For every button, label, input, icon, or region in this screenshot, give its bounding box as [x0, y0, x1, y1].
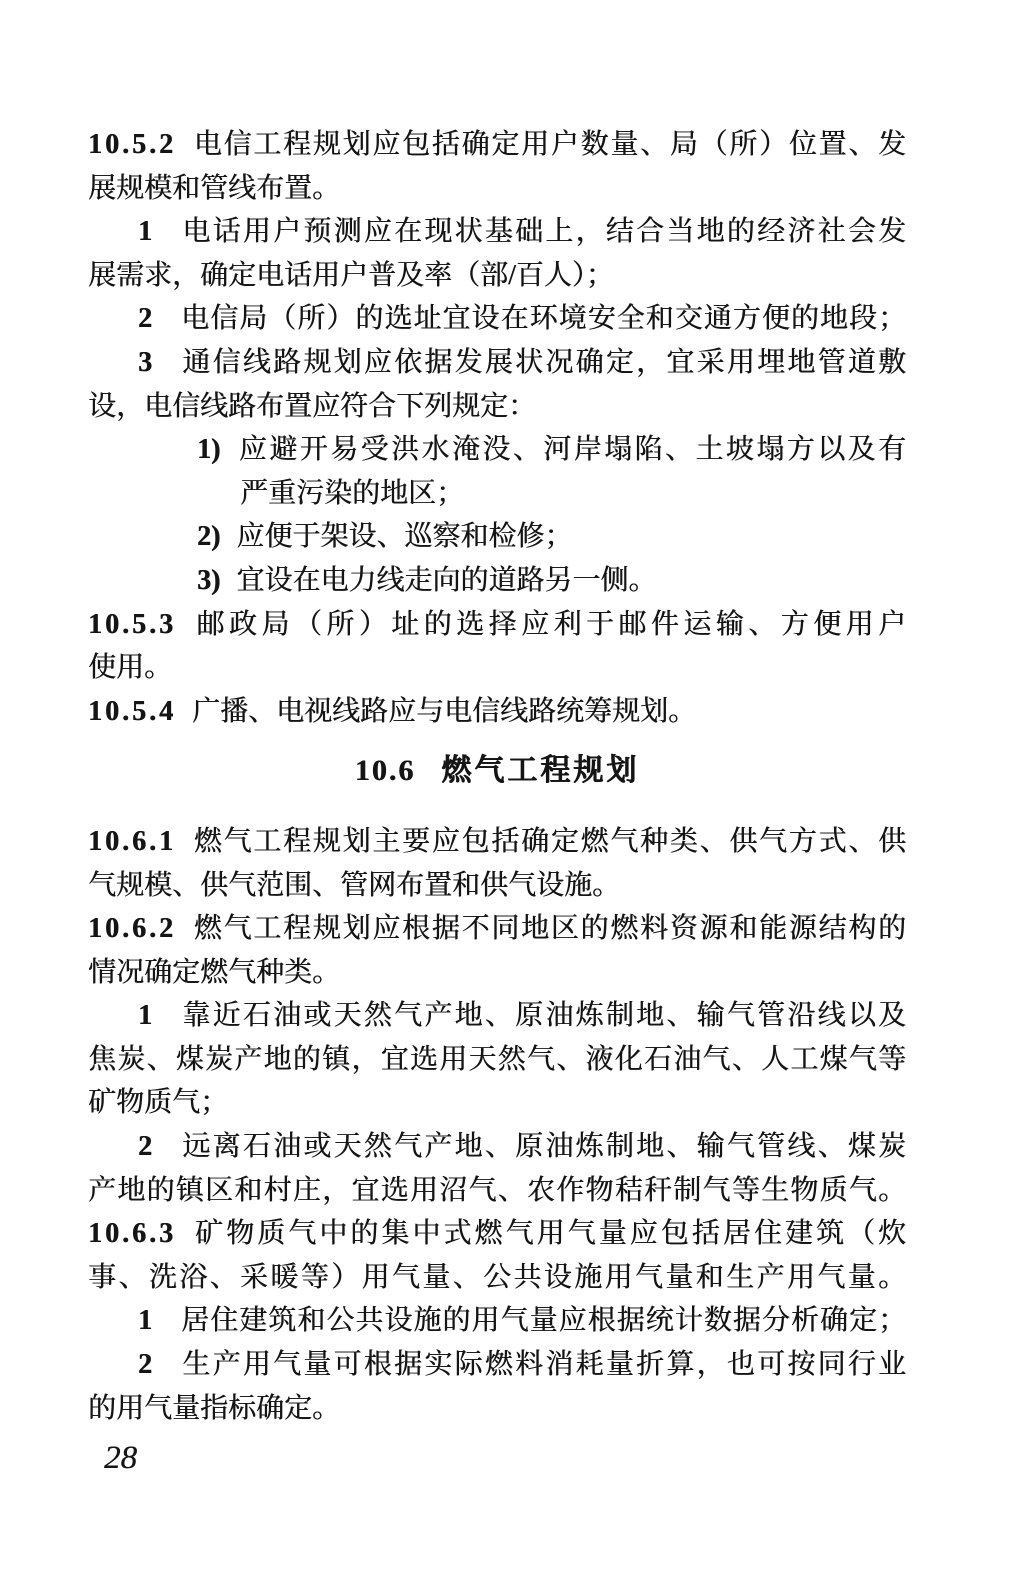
text-line: 展需求，确定电话用户普及率（部/百人）；: [88, 254, 906, 298]
line-text: 靠近石油或天然气产地、原油炼制地、输气管沿线以及: [180, 1000, 906, 1031]
text-line: 气规模、供气范围、管网布置和供气设施。: [88, 864, 906, 908]
line-text: 气规模、供气范围、管网布置和供气设施。: [88, 870, 620, 901]
item-number: 2: [138, 303, 152, 334]
clause-number: 10.5.2: [88, 129, 176, 160]
subitem-number: 3): [197, 565, 220, 596]
text-line: 情况确定燃气种类。: [88, 951, 906, 995]
text-line: 2远离石油或天然气产地、原油炼制地、输气管线、煤炭: [88, 1125, 906, 1169]
line-text: 展需求，确定电话用户普及率（部/百人）；: [88, 260, 614, 291]
line-text: 邮政局（所）址的选择应利于邮件运输、方便用户: [192, 609, 906, 640]
text-line: 使用。: [88, 646, 906, 690]
text-line: 10.6.1燃气工程规划主要应包括确定燃气种类、供气方式、供: [88, 820, 906, 864]
text-line: 10.6.3矿物质气中的集中式燃气用气量应包括居住建筑（炊: [88, 1212, 906, 1256]
text-line: 1)应避开易受洪水淹没、河岸塌陷、土坡塌方以及有: [88, 428, 906, 472]
clause-number: 10.6.2: [88, 913, 176, 944]
line-text: 展规模和管线布置。: [88, 173, 340, 204]
text-line: 10.6.2燃气工程规划应根据不同地区的燃料资源和能源结构的: [88, 907, 906, 951]
line-text: 焦炭、煤炭产地的镇，宜选用天然气、液化石油气、人工煤气等: [88, 1044, 906, 1075]
text-line: 的用气量指标确定。: [88, 1387, 906, 1431]
text-line: 10.5.3邮政局（所）址的选择应利于邮件运输、方便用户: [88, 603, 906, 647]
line-text: 设，电信线路布置应符合下列规定：: [88, 391, 536, 422]
line-text: 情况确定燃气种类。: [88, 957, 340, 988]
document-body: 10.5.2电信工程规划应包括确定用户数量、局（所）位置、发展规模和管线布置。1…: [88, 123, 906, 1430]
text-line: 严重污染的地区；: [88, 472, 906, 516]
text-line: 3通信线路规划应依据发展状况确定，宜采用埋地管道敷: [88, 341, 906, 385]
line-text: 燃气工程规划主要应包括确定燃气种类、供气方式、供: [192, 826, 906, 857]
line-text: 居住建筑和公共设施的用气量应根据统计数据分析确定；: [180, 1305, 906, 1336]
line-text: 严重污染的地区；: [240, 478, 464, 509]
text-line: 2生产用气量可根据实际燃料消耗量折算，也可按同行业: [88, 1343, 906, 1387]
line-text: 生产用气量可根据实际燃料消耗量折算，也可按同行业: [180, 1349, 906, 1380]
line-text: 应便于架设、巡察和检修；: [236, 521, 572, 552]
line-text: 矿物质气；: [88, 1087, 228, 1118]
item-number: 1: [138, 1305, 152, 1336]
text-line: 10.5.4广播、电视线路应与电信线路统筹规划。: [88, 690, 906, 734]
clause-number: 10.6.1: [88, 826, 176, 857]
clause-number: 10.5.4: [88, 696, 176, 727]
item-number: 3: [138, 347, 152, 378]
document-page: 10.5.2电信工程规划应包括确定用户数量、局（所）位置、发展规模和管线布置。1…: [0, 0, 1016, 1576]
text-line: 矿物质气；: [88, 1081, 906, 1125]
text-line: 10.5.2电信工程规划应包括确定用户数量、局（所）位置、发: [88, 123, 906, 167]
text-line: 事、洗浴、采暖等）用气量、公共设施用气量和生产用气量。: [88, 1256, 906, 1300]
heading-number: 10.6: [355, 754, 416, 787]
text-line: 2)应便于架设、巡察和检修；: [88, 515, 906, 559]
line-text: 广播、电视线路应与电信线路统筹规划。: [192, 696, 696, 727]
line-text: 电信工程规划应包括确定用户数量、局（所）位置、发: [192, 129, 906, 160]
item-number: 2: [138, 1131, 152, 1162]
text-line: 3)宜设在电力线走向的道路另一侧。: [88, 559, 906, 603]
line-text: 的用气量指标确定。: [88, 1393, 340, 1424]
text-line: 展规模和管线布置。: [88, 167, 906, 211]
line-text: 产地的镇区和村庄，宜选用沼气、农作物秸秆制气等生物质气。: [88, 1175, 906, 1206]
line-text: 宜设在电力线走向的道路另一侧。: [236, 565, 656, 596]
text-line: 2电信局（所）的选址宜设在环境安全和交通方便的地段；: [88, 297, 906, 341]
page-number: 28: [104, 1438, 137, 1478]
text-line: 产地的镇区和村庄，宜选用沼气、农作物秸秆制气等生物质气。: [88, 1169, 906, 1213]
text-line: 1电话用户预测应在现状基础上，结合当地的经济社会发: [88, 210, 906, 254]
line-text: 远离石油或天然气产地、原油炼制地、输气管线、煤炭: [180, 1131, 906, 1162]
line-text: 矿物质气中的集中式燃气用气量应包括居住建筑（炊: [192, 1218, 906, 1249]
subitem-number: 1): [197, 434, 220, 465]
item-number: 1: [138, 1000, 152, 1031]
line-text: 使用。: [88, 652, 172, 683]
clause-number: 10.5.3: [88, 609, 176, 640]
text-line: 焦炭、煤炭产地的镇，宜选用天然气、液化石油气、人工煤气等: [88, 1038, 906, 1082]
text-line: 1靠近石油或天然气产地、原油炼制地、输气管沿线以及: [88, 994, 906, 1038]
clause-number: 10.6.3: [88, 1218, 176, 1249]
item-number: 1: [138, 216, 152, 247]
text-line: 设，电信线路布置应符合下列规定：: [88, 385, 906, 429]
section-heading: 10.6燃气工程规划: [88, 749, 906, 793]
line-text: 通信线路规划应依据发展状况确定，宜采用埋地管道敷: [180, 347, 906, 378]
line-text: 电话用户预测应在现状基础上，结合当地的经济社会发: [180, 216, 906, 247]
line-text: 电信局（所）的选址宜设在环境安全和交通方便的地段；: [180, 303, 906, 334]
line-text: 应避开易受洪水淹没、河岸塌陷、土坡塌方以及有: [236, 434, 906, 465]
heading-title: 燃气工程规划: [441, 754, 639, 787]
item-number: 2: [138, 1349, 152, 1380]
subitem-number: 2): [197, 521, 220, 552]
line-text: 事、洗浴、采暖等）用气量、公共设施用气量和生产用气量。: [88, 1262, 906, 1293]
text-line: 1居住建筑和公共设施的用气量应根据统计数据分析确定；: [88, 1299, 906, 1343]
line-text: 燃气工程规划应根据不同地区的燃料资源和能源结构的: [192, 913, 906, 944]
